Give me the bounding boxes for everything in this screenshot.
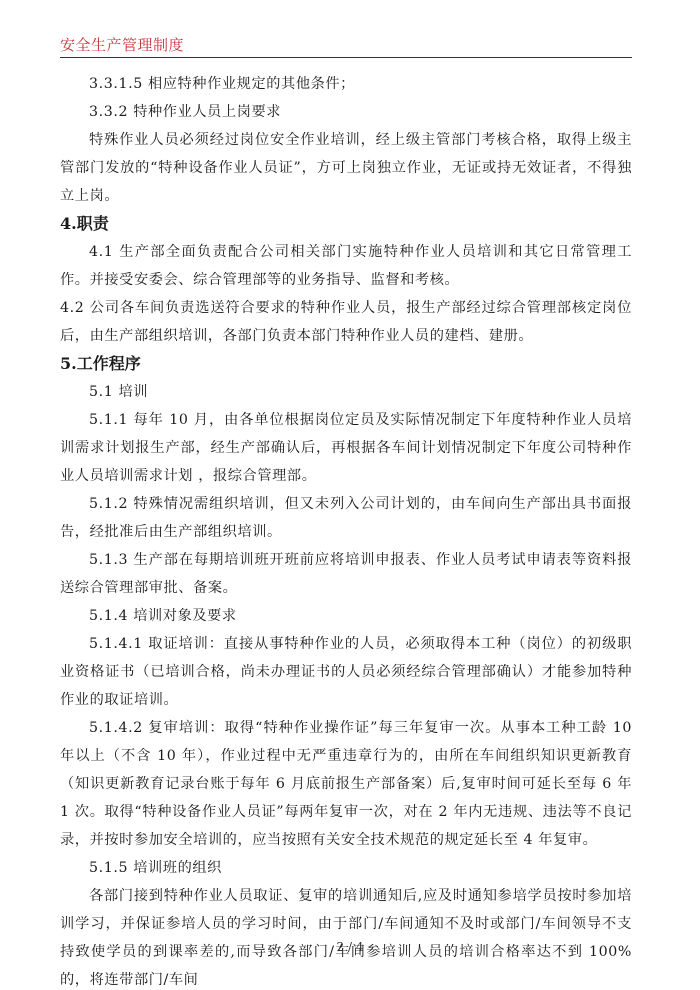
paragraph-5-1-4-1: 5.1.4.1 取证培训：直接从事特种作业的人员，必须取得本工种（岗位）的初级职… [60, 630, 632, 714]
paragraph-3-3-2-heading: 3.3.2 特种作业人员上岗要求 [60, 98, 632, 126]
paragraph-5-1-4-2: 5.1.4.2 复审培训：取得“特种作业操作证”每三年复审一次。从事本工种工龄 … [60, 714, 632, 854]
document-body: 3.3.1.5 相应特种作业规定的其他条件； 3.3.2 特种作业人员上岗要求 … [60, 70, 632, 990]
paragraph-5-1: 5.1 培训 [60, 378, 632, 406]
page-number: 2 / 4 [0, 940, 700, 954]
paragraph-5-1-2: 5.1.2 特殊情况需组织培训，但又未列入公司计划的，由车间向生产部出具书面报告… [60, 490, 632, 546]
paragraph-3-3-1-5: 3.3.1.5 相应特种作业规定的其他条件； [60, 70, 632, 98]
paragraph-4-2: 4.2 公司各车间负责选送符合要求的特种作业人员，报生产部经过综合管理部核定岗位… [60, 294, 632, 350]
section-heading-5: 5.工作程序 [60, 350, 632, 378]
section-heading-4: 4.职责 [60, 210, 632, 238]
paragraph-5-1-5: 5.1.5 培训班的组织 [60, 854, 632, 882]
paragraph-5-1-5-body: 各部门接到特种作业人员取证、复审的培训通知后,应及时通知参培学员按时参加培训学习… [60, 882, 632, 990]
paragraph-5-1-3: 5.1.3 生产部在每期培训班开班前应将培训申报表、作业人员考试申请表等资料报送… [60, 546, 632, 602]
paragraph-5-1-1: 5.1.1 每年 10 月，由各单位根据岗位定员及实际情况制定下年度特种作业人员… [60, 406, 632, 490]
document-header: 安全生产管理制度 [60, 35, 632, 58]
paragraph-3-3-2-body: 特殊作业人员必须经过岗位安全作业培训，经上级主管部门考核合格，取得上级主管部门发… [60, 126, 632, 210]
paragraph-5-1-4: 5.1.4 培训对象及要求 [60, 602, 632, 630]
header-title: 安全生产管理制度 [60, 35, 632, 55]
paragraph-4-1: 4.1 生产部全面负责配合公司相关部门实施特种作业人员培训和其它日常管理工作。并… [60, 238, 632, 294]
